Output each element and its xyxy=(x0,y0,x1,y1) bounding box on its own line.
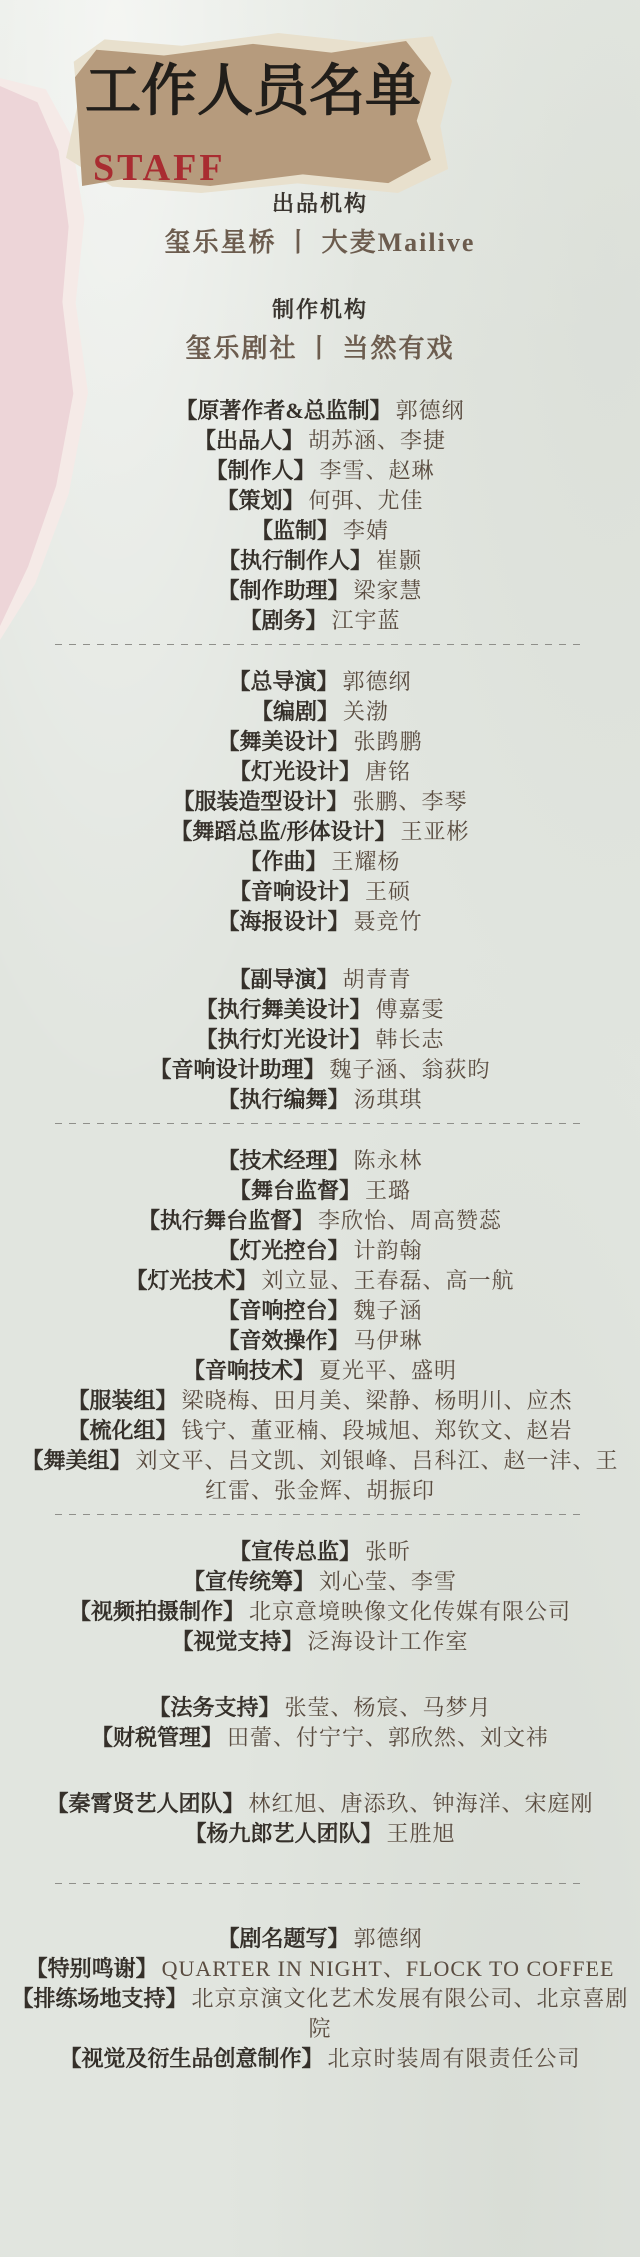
credit-role: 【原著作者&总监制】 xyxy=(175,398,391,423)
credit-role: 【舞台监督】 xyxy=(229,1178,361,1203)
credit-line: 【总导演】郭德纲 xyxy=(10,667,630,697)
credit-role: 【视觉支持】 xyxy=(171,1629,303,1654)
credit-names: 北京京演文化艺术发展有限公司、北京喜剧院 xyxy=(192,1986,629,2041)
producer-org-block: 出品机构 玺乐星桥 丨 大麦Mailive xyxy=(0,188,640,266)
credits-section-acknowledgements: 【剧名题写】郭德纲【特别鸣谢】QUARTER IN NIGHT、FLOCK TO… xyxy=(0,1924,640,2074)
credit-names: QUARTER IN NIGHT、FLOCK TO COFFEE xyxy=(162,1956,615,1981)
credit-line: 【出品人】胡苏涵、李捷 xyxy=(10,426,630,456)
credit-line: 【执行舞台监督】李欣怡、周高赞蕊 xyxy=(10,1206,630,1236)
credit-names: 刘心莹、李雪 xyxy=(319,1569,457,1594)
credit-role: 【杨九郎艺人团队】 xyxy=(184,1821,382,1846)
credit-names: 魏子涵 xyxy=(354,1298,423,1323)
credit-names: 王璐 xyxy=(365,1178,411,1203)
credit-role: 【宣传统筹】 xyxy=(183,1569,315,1594)
credit-line: 【执行编舞】汤琪琪 xyxy=(10,1085,630,1115)
credit-names: 关渤 xyxy=(343,699,389,724)
credit-names: 汤琪琪 xyxy=(354,1087,423,1112)
credit-role: 【作曲】 xyxy=(239,849,327,874)
credit-names: 郭德纲 xyxy=(396,398,465,423)
credit-line: 【执行灯光设计】韩长志 xyxy=(10,1025,630,1055)
credit-line: 【宣传总监】张昕 xyxy=(10,1537,630,1567)
credit-line: 【排练场地支持】北京京演文化艺术发展有限公司、北京喜剧院 xyxy=(10,1984,630,2044)
credit-line: 【制作人】李雪、赵琳 xyxy=(10,456,630,486)
credits-content: 出品机构 玺乐星桥 丨 大麦Mailive 制作机构 玺乐剧社 丨 当然有戏 【… xyxy=(0,0,640,2074)
credit-role: 【执行编舞】 xyxy=(217,1087,349,1112)
credit-role: 【排练场地支持】 xyxy=(11,1986,187,2011)
credit-role: 【舞美组】 xyxy=(21,1448,131,1473)
credit-role: 【制作助理】 xyxy=(217,578,349,603)
credit-role: 【音响设计助理】 xyxy=(149,1057,325,1082)
credit-names: 夏光平、盛明 xyxy=(319,1358,457,1383)
credit-role: 【音响控台】 xyxy=(217,1298,349,1323)
credit-names: 江宇蓝 xyxy=(332,608,401,633)
credit-role: 【秦霄贤艺人团队】 xyxy=(46,1791,244,1816)
credit-names: 北京意境映像文化传媒有限公司 xyxy=(249,1599,571,1624)
credit-role: 【服装造型设计】 xyxy=(172,789,348,814)
credits-section-assistant-creative: 【副导演】胡青青【执行舞美设计】傅嘉雯【执行灯光设计】韩长志【音响设计助理】魏子… xyxy=(0,965,640,1115)
credit-role: 【宣传总监】 xyxy=(229,1539,361,1564)
credit-role: 【音响技术】 xyxy=(183,1358,315,1383)
credit-role: 【视频拍摄制作】 xyxy=(69,1599,245,1624)
org-heading: 出品机构 xyxy=(0,188,640,220)
credit-line: 【执行制作人】崔颢 xyxy=(10,546,630,576)
credit-role: 【灯光技术】 xyxy=(125,1268,257,1293)
credit-names: 张鹏、李琴 xyxy=(353,789,468,814)
credit-role: 【音响设计】 xyxy=(229,879,361,904)
credit-line: 【灯光控台】计韵翰 xyxy=(10,1236,630,1266)
credits-section-publicity: 【宣传总监】张昕【宣传统筹】刘心莹、李雪【视频拍摄制作】北京意境映像文化传媒有限… xyxy=(0,1537,640,1657)
credit-names: 梁家慧 xyxy=(354,578,423,603)
credit-names: 李雪、赵琳 xyxy=(320,458,435,483)
credit-role: 【策划】 xyxy=(216,488,304,513)
credit-line: 【音响控台】魏子涵 xyxy=(10,1296,630,1326)
credit-line: 【监制】李婧 xyxy=(10,516,630,546)
dashed-divider xyxy=(55,1514,585,1515)
credit-line: 【技术经理】陈永林 xyxy=(10,1146,630,1176)
credit-line: 【编剧】关渤 xyxy=(10,697,630,727)
credit-role: 【制作人】 xyxy=(205,458,315,483)
credit-line: 【舞美设计】张鹍鹏 xyxy=(10,727,630,757)
credit-names: 陈永林 xyxy=(354,1148,423,1173)
credits-section-legal-finance: 【法务支持】张莹、杨宸、马梦月【财税管理】田蕾、付宁宁、郭欣然、刘文祎 xyxy=(0,1693,640,1753)
dashed-divider xyxy=(55,1883,585,1884)
credit-names: 泛海设计工作室 xyxy=(308,1629,469,1654)
credit-line: 【灯光技术】刘立显、王春磊、高一航 xyxy=(10,1266,630,1296)
credit-role: 【财税管理】 xyxy=(91,1725,223,1750)
credit-names: 马伊琳 xyxy=(354,1328,423,1353)
credit-line: 【舞美组】刘文平、吕文凯、刘银峰、吕科江、赵一沣、王红雷、张金辉、胡振印 xyxy=(10,1446,630,1506)
credit-names: 北京时装周有限责任公司 xyxy=(328,2046,581,2071)
credit-role: 【编剧】 xyxy=(251,699,339,724)
credit-names: 王耀杨 xyxy=(332,849,401,874)
dashed-divider xyxy=(55,644,585,645)
credit-line: 【秦霄贤艺人团队】林红旭、唐添玖、钟海洋、宋庭刚 xyxy=(10,1789,630,1819)
credit-line: 【宣传统筹】刘心莹、李雪 xyxy=(10,1567,630,1597)
credit-line: 【海报设计】聂竞竹 xyxy=(10,907,630,937)
production-org-block: 制作机构 玺乐剧社 丨 当然有戏 xyxy=(0,294,640,372)
credit-role: 【执行灯光设计】 xyxy=(195,1027,371,1052)
credit-line: 【音响技术】夏光平、盛明 xyxy=(10,1356,630,1386)
credit-line: 【灯光设计】唐铭 xyxy=(10,757,630,787)
credit-line: 【法务支持】张莹、杨宸、马梦月 xyxy=(10,1693,630,1723)
credit-role: 【舞美设计】 xyxy=(217,729,349,754)
credit-line: 【服装组】梁晓梅、田月美、梁静、杨明川、应杰 xyxy=(10,1386,630,1416)
credit-names: 张昕 xyxy=(365,1539,411,1564)
credits-section-artist-teams: 【秦霄贤艺人团队】林红旭、唐添玖、钟海洋、宋庭刚【杨九郎艺人团队】王胜旭 xyxy=(0,1789,640,1849)
credits-section-technical: 【技术经理】陈永林【舞台监督】王璐【执行舞台监督】李欣怡、周高赞蕊【灯光控台】计… xyxy=(0,1146,640,1506)
credit-line: 【作曲】王耀杨 xyxy=(10,847,630,877)
credit-names: 胡青青 xyxy=(343,967,412,992)
credit-line: 【舞蹈总监/形体设计】王亚彬 xyxy=(10,817,630,847)
org-name: 玺乐星桥 丨 大麦Mailive xyxy=(0,220,640,266)
credit-names: 王胜旭 xyxy=(387,1821,456,1846)
credit-names: 傅嘉雯 xyxy=(376,997,445,1022)
credit-role: 【特别鸣谢】 xyxy=(26,1956,158,1981)
credits-section-production: 【原著作者&总监制】郭德纲【出品人】胡苏涵、李捷【制作人】李雪、赵琳【策划】何弭… xyxy=(0,396,640,636)
credit-role: 【剧务】 xyxy=(239,608,327,633)
credit-role: 【舞蹈总监/形体设计】 xyxy=(170,819,396,844)
credit-line: 【服装造型设计】张鹏、李琴 xyxy=(10,787,630,817)
credit-line: 【执行舞美设计】傅嘉雯 xyxy=(10,995,630,1025)
credit-names: 何弭、尤佳 xyxy=(309,488,424,513)
credit-role: 【副导演】 xyxy=(228,967,338,992)
credit-names: 李婧 xyxy=(343,518,389,543)
credit-names: 刘文平、吕文凯、刘银峰、吕科江、赵一沣、王红雷、张金辉、胡振印 xyxy=(136,1448,619,1503)
credit-role: 【灯光控台】 xyxy=(217,1238,349,1263)
credit-names: 胡苏涵、李捷 xyxy=(308,428,446,453)
credit-line: 【制作助理】梁家慧 xyxy=(10,576,630,606)
credit-names: 刘立显、王春磊、高一航 xyxy=(262,1268,515,1293)
credit-names: 魏子涵、翁荻昀 xyxy=(330,1057,491,1082)
credit-line: 【视频拍摄制作】北京意境映像文化传媒有限公司 xyxy=(10,1597,630,1627)
credit-line: 【剧务】江宇蓝 xyxy=(10,606,630,636)
credit-role: 【海报设计】 xyxy=(217,909,349,934)
credit-role: 【总导演】 xyxy=(228,669,338,694)
credit-names: 郭德纲 xyxy=(343,669,412,694)
credit-line: 【剧名题写】郭德纲 xyxy=(10,1924,630,1954)
credit-line: 【舞台监督】王璐 xyxy=(10,1176,630,1206)
credits-section-creative: 【总导演】郭德纲【编剧】关渤【舞美设计】张鹍鹏【灯光设计】唐铭【服装造型设计】张… xyxy=(0,667,640,937)
credit-role: 【出品人】 xyxy=(194,428,304,453)
credit-names: 王硕 xyxy=(365,879,411,904)
staff-credits-poster: 工作人员名单 STAFF 出品机构 玺乐星桥 丨 大麦Mailive 制作机构 … xyxy=(0,0,640,2257)
credit-line: 【策划】何弭、尤佳 xyxy=(10,486,630,516)
credit-role: 【执行舞台监督】 xyxy=(138,1208,314,1233)
credits: 【原著作者&总监制】郭德纲【出品人】胡苏涵、李捷【制作人】李雪、赵琳【策划】何弭… xyxy=(0,396,640,2074)
credit-role: 【法务支持】 xyxy=(148,1695,280,1720)
credit-names: 崔颢 xyxy=(376,548,422,573)
dashed-divider xyxy=(55,1123,585,1124)
credit-role: 【剧名题写】 xyxy=(217,1926,349,1951)
credit-line: 【原著作者&总监制】郭德纲 xyxy=(10,396,630,426)
credit-role: 【技术经理】 xyxy=(217,1148,349,1173)
credit-line: 【副导演】胡青青 xyxy=(10,965,630,995)
credit-names: 张莹、杨宸、马梦月 xyxy=(285,1695,492,1720)
credit-role: 【梳化组】 xyxy=(67,1418,177,1443)
credit-line: 【视觉及衍生品创意制作】北京时装周有限责任公司 xyxy=(10,2044,630,2074)
credit-line: 【音响设计】王硕 xyxy=(10,877,630,907)
credit-names: 韩长志 xyxy=(376,1027,445,1052)
credit-names: 李欣怡、周高赞蕊 xyxy=(318,1208,502,1233)
org-heading: 制作机构 xyxy=(0,294,640,326)
credit-names: 王亚彬 xyxy=(401,819,470,844)
credit-line: 【梳化组】钱宁、董亚楠、段城旭、郑钦文、赵岩 xyxy=(10,1416,630,1446)
credit-names: 梁晓梅、田月美、梁静、杨明川、应杰 xyxy=(182,1388,573,1413)
credit-role: 【音效操作】 xyxy=(217,1328,349,1353)
credit-role: 【监制】 xyxy=(251,518,339,543)
credit-line: 【音响设计助理】魏子涵、翁荻昀 xyxy=(10,1055,630,1085)
credit-role: 【执行舞美设计】 xyxy=(195,997,371,1022)
credit-role: 【执行制作人】 xyxy=(218,548,372,573)
credit-role: 【服装组】 xyxy=(67,1388,177,1413)
credit-names: 唐铭 xyxy=(365,759,411,784)
credit-names: 张鹍鹏 xyxy=(354,729,423,754)
credit-line: 【视觉支持】泛海设计工作室 xyxy=(10,1627,630,1657)
org-name: 玺乐剧社 丨 当然有戏 xyxy=(0,326,640,372)
credit-names: 林红旭、唐添玖、钟海洋、宋庭刚 xyxy=(249,1791,594,1816)
credit-role: 【视觉及衍生品创意制作】 xyxy=(59,2046,323,2071)
credit-line: 【音效操作】马伊琳 xyxy=(10,1326,630,1356)
credit-line: 【财税管理】田蕾、付宁宁、郭欣然、刘文祎 xyxy=(10,1723,630,1753)
credit-names: 郭德纲 xyxy=(354,1926,423,1951)
credit-names: 聂竞竹 xyxy=(354,909,423,934)
credit-names: 钱宁、董亚楠、段城旭、郑钦文、赵岩 xyxy=(182,1418,573,1443)
credit-names: 田蕾、付宁宁、郭欣然、刘文祎 xyxy=(227,1725,549,1750)
credit-line: 【特别鸣谢】QUARTER IN NIGHT、FLOCK TO COFFEE xyxy=(10,1954,630,1984)
credit-names: 计韵翰 xyxy=(354,1238,423,1263)
credit-line: 【杨九郎艺人团队】王胜旭 xyxy=(10,1819,630,1849)
credit-role: 【灯光设计】 xyxy=(229,759,361,784)
